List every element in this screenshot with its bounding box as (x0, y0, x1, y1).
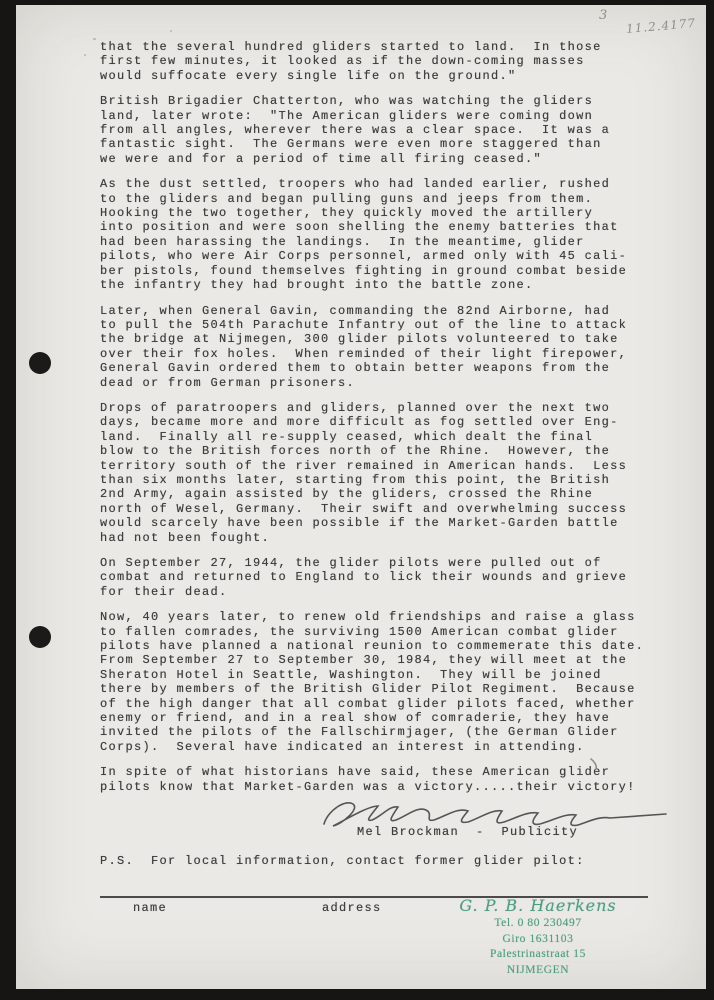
stamp-telephone: Tel. 0 80 230497 (428, 916, 648, 932)
stamp-city: NIJMEGEN (428, 963, 648, 979)
scanned-document-page: { "document": { "page_number": "3", "han… (0, 0, 714, 1000)
paragraph: Drops of paratroopers and gliders, plann… (100, 401, 660, 545)
paragraph: British Brigadier Chatterton, who was wa… (100, 94, 660, 166)
typed-text-column: that the several hundred gliders started… (100, 40, 660, 805)
stamp-giro: Giro 1631103 (428, 932, 648, 948)
paragraph: On September 27, 1944, the glider pilots… (100, 556, 660, 599)
contact-stamp: G. P. B. Haerkens Tel. 0 80 230497 Giro … (428, 896, 648, 978)
paragraph: Later, when General Gavin, commanding th… (100, 304, 660, 390)
postscript-line: P.S. For local information, contact form… (100, 854, 585, 868)
paragraph: In spite of what historians have said, t… (100, 765, 660, 794)
footer-address-label: address (322, 901, 382, 915)
stamp-name: G. P. B. Haerkens (428, 896, 648, 916)
paragraph: Now, 40 years later, to renew old friend… (100, 610, 660, 754)
handwritten-page-number: 3 (599, 8, 607, 23)
punch-hole-bottom (29, 626, 51, 648)
paragraph: As the dust settled, troopers who had la… (100, 177, 660, 292)
stamp-street: Palestrinastraat 15 (428, 947, 648, 963)
punch-hole-top (29, 352, 51, 374)
scan-speck (93, 38, 96, 40)
footer-name-label: name (133, 901, 167, 915)
scan-speck (170, 30, 172, 32)
scan-speck (84, 54, 86, 56)
pencil-tick-mark (589, 758, 599, 770)
paragraph: that the several hundred gliders started… (100, 40, 660, 83)
signature-printed-name: Mel Brockman - Publicity (357, 825, 578, 839)
